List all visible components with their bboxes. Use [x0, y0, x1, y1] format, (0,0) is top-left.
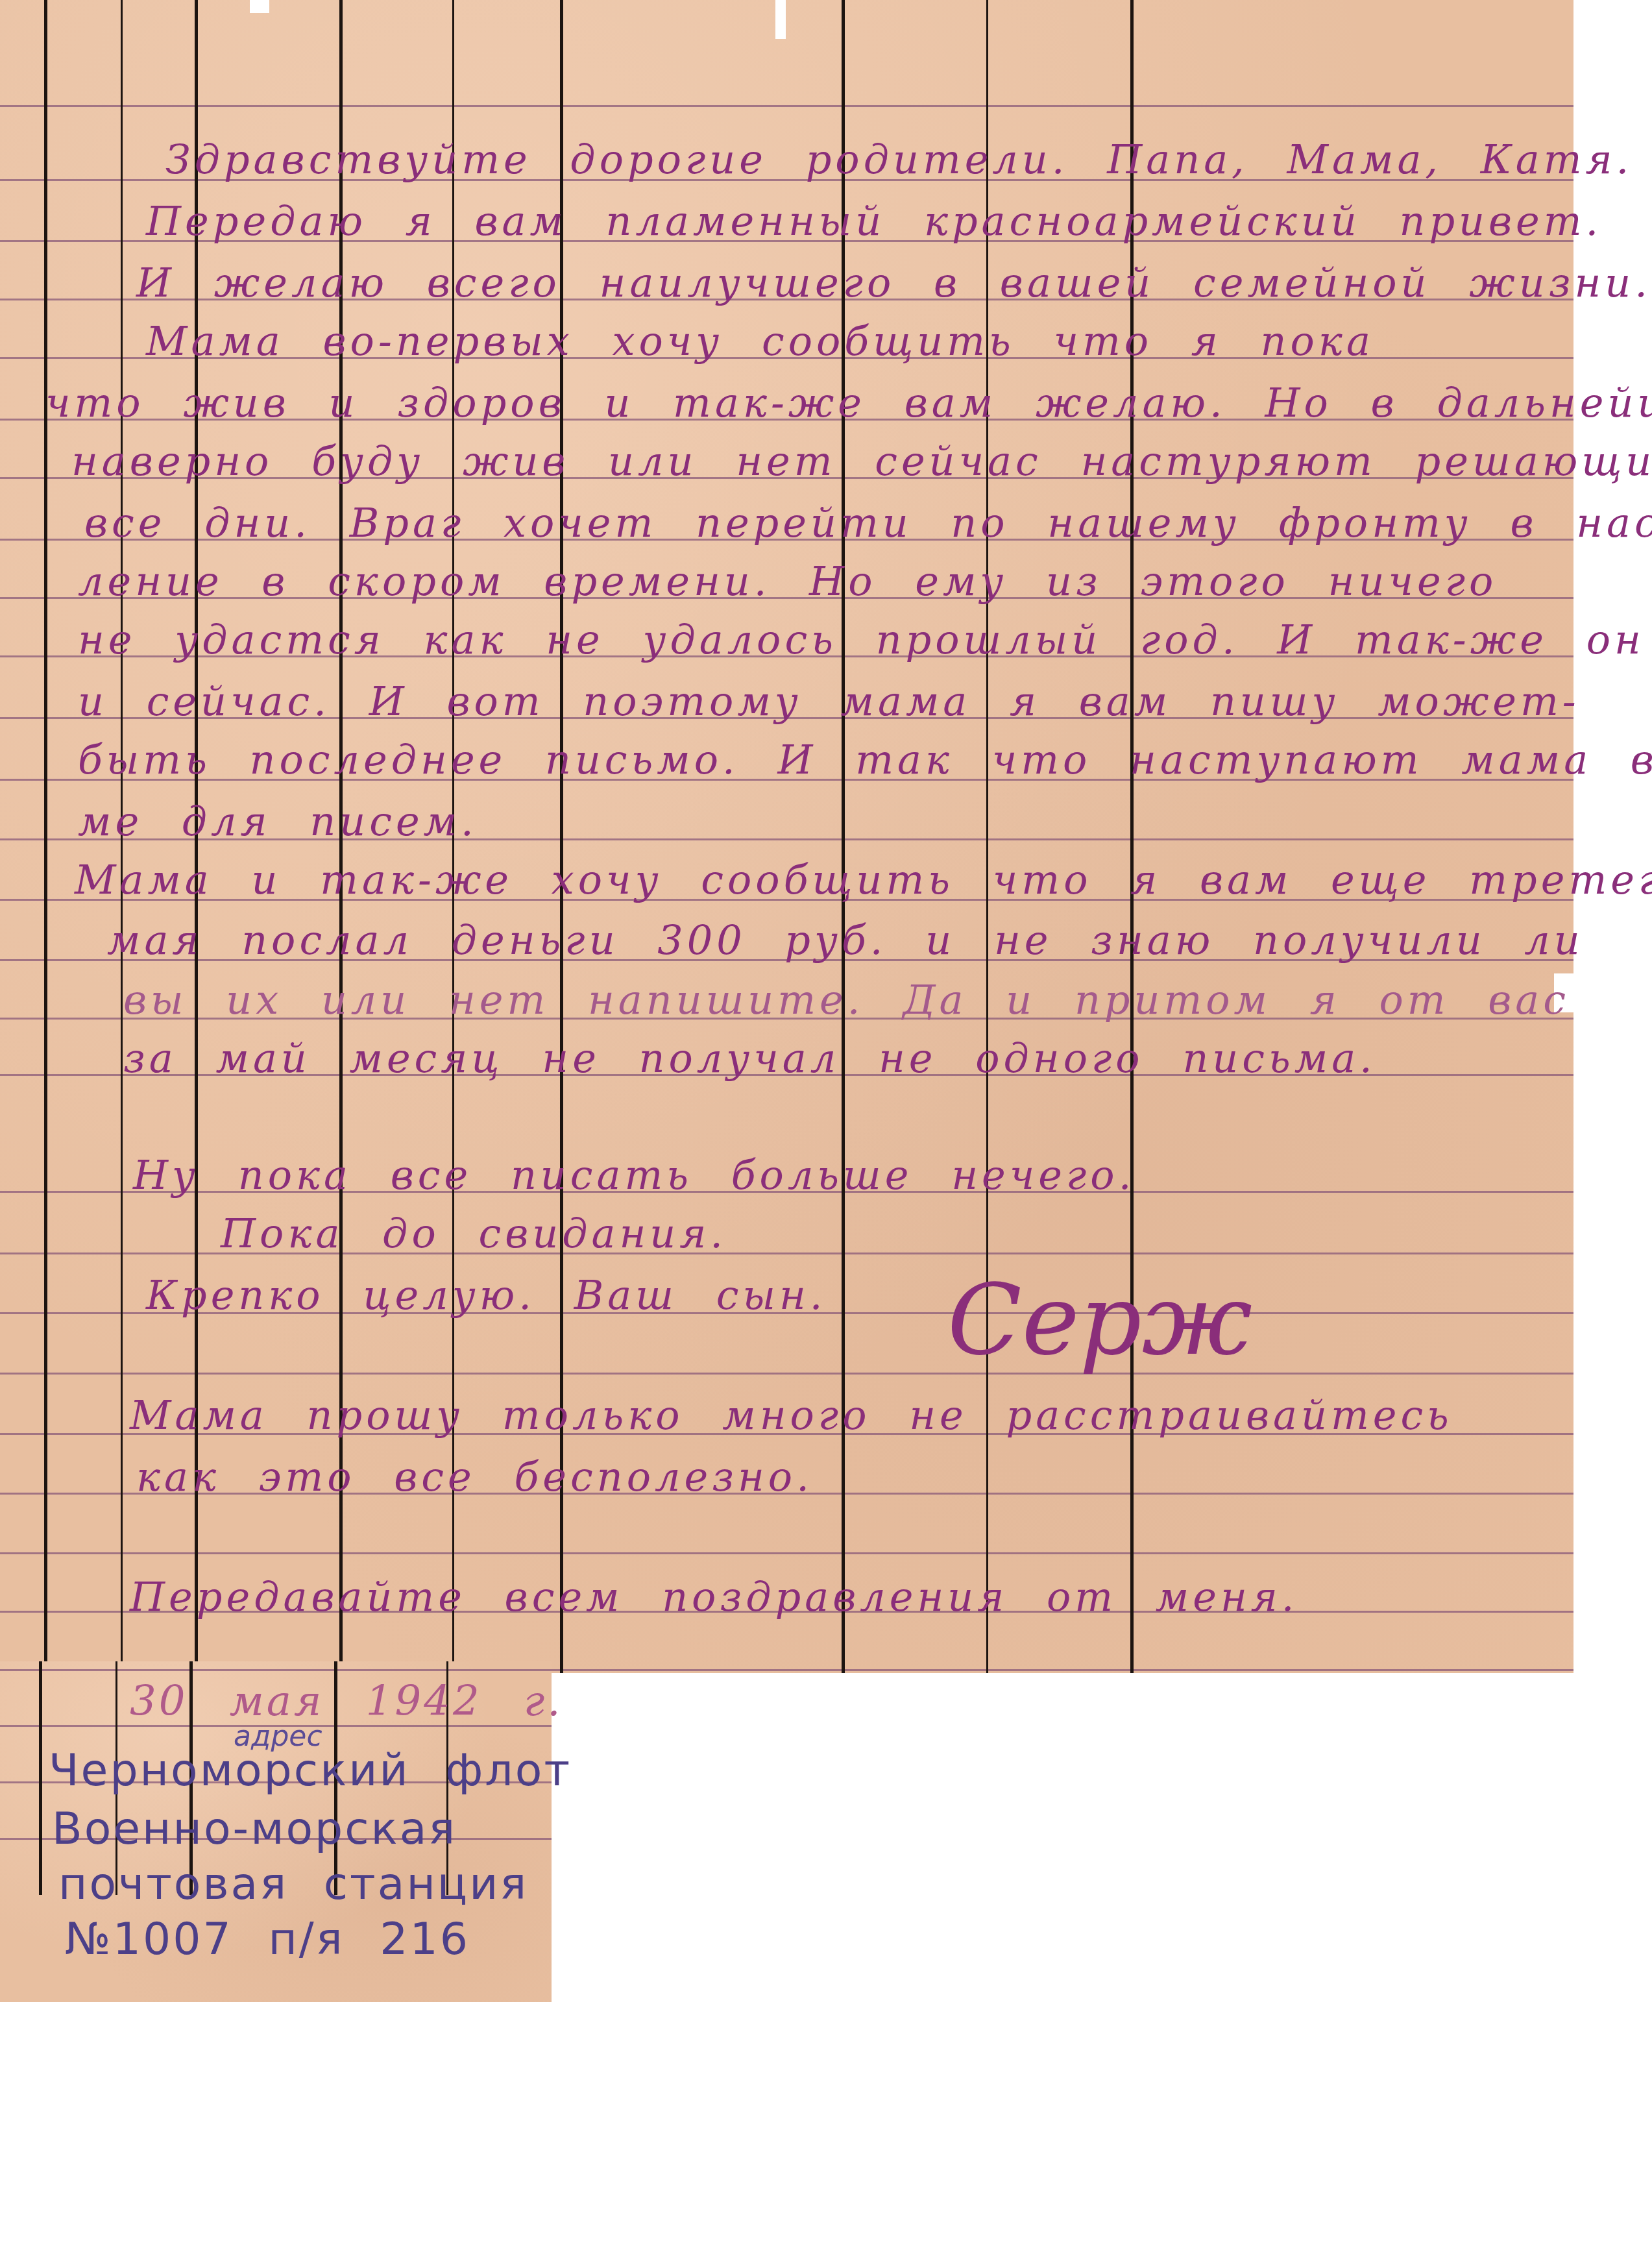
address-strip: 30 мая 1942 г. адрес Черноморский флот В… [0, 1661, 552, 2002]
letter-line-postscript: как это все бесполезно. [136, 1457, 813, 1497]
letter-line: вы их или нет напишите. Да и притом я от… [123, 980, 1570, 1020]
letter-line: Передаю я вам пламенный красноармейский … [146, 201, 1602, 241]
letter-line: Мама и так-же хочу сообщить что я вам ещ… [75, 860, 1652, 900]
ruled-line [0, 1552, 1573, 1554]
letter-line-regards: Передавайте всем поздравления от меня. [130, 1577, 1298, 1617]
ruled-line [0, 1669, 552, 1671]
letter-line: Пока до свидания. [221, 1214, 727, 1254]
letter-line: наверно буду жив или нет сейчас настуряю… [71, 441, 1652, 482]
address-line: Военно-морская [52, 1807, 457, 1852]
ruled-line [0, 1373, 1573, 1375]
letter-line: Мама во-первых хочу сообщить что я пока [146, 321, 1374, 361]
column-line [44, 0, 47, 1673]
letter-date: 30 мая 1942 г. [130, 1678, 563, 1726]
paper-tear [250, 0, 269, 13]
letter-line-greeting: Здравствуйте дорогие родители. Папа, Мам… [165, 140, 1633, 180]
letter-line: ме для писем. [78, 801, 478, 842]
letter-line: не удастся как не удалось прошлый год. И… [78, 620, 1652, 660]
letter-line: и сейчас. И вот поэтому мама я вам пишу … [78, 681, 1580, 722]
signature: Серж [947, 1272, 1252, 1369]
address-line: №1007 п/я 216 [65, 1918, 470, 1962]
letter-line: мая послал деньги 300 руб. и не знаю пол… [107, 920, 1584, 960]
letter-line-postscript: Мама прошу только много не расстраивайте… [130, 1395, 1453, 1436]
ruled-line [0, 105, 1573, 107]
address-line: почтовая станция [58, 1863, 528, 1907]
letter-line: за май месяц не получал не одного письма… [123, 1038, 1376, 1079]
letter-line: И желаю всего наилучшего в вашей семейно… [136, 263, 1651, 303]
letter-line: все дни. Враг хочет перейти по нашему фр… [84, 503, 1652, 543]
letter-line: Ну пока все писать больше нечего. [133, 1155, 1135, 1195]
letter-line: ление в скором времени. Но ему из этого … [78, 561, 1497, 602]
letter-line: быть последнее письмо. И так что наступа… [78, 740, 1652, 780]
address-line: Черноморский флот [49, 1749, 572, 1793]
letter-sheet: Здравствуйте дорогие родители. Папа, Мам… [0, 0, 1573, 1673]
paper-tear [775, 0, 786, 39]
letter-line-closing: Крепко целую. Ваш сын. [146, 1275, 826, 1315]
column-line [39, 1661, 42, 1895]
letter-line: что жив и здоров и так-же вам желаю. Но … [45, 383, 1652, 423]
